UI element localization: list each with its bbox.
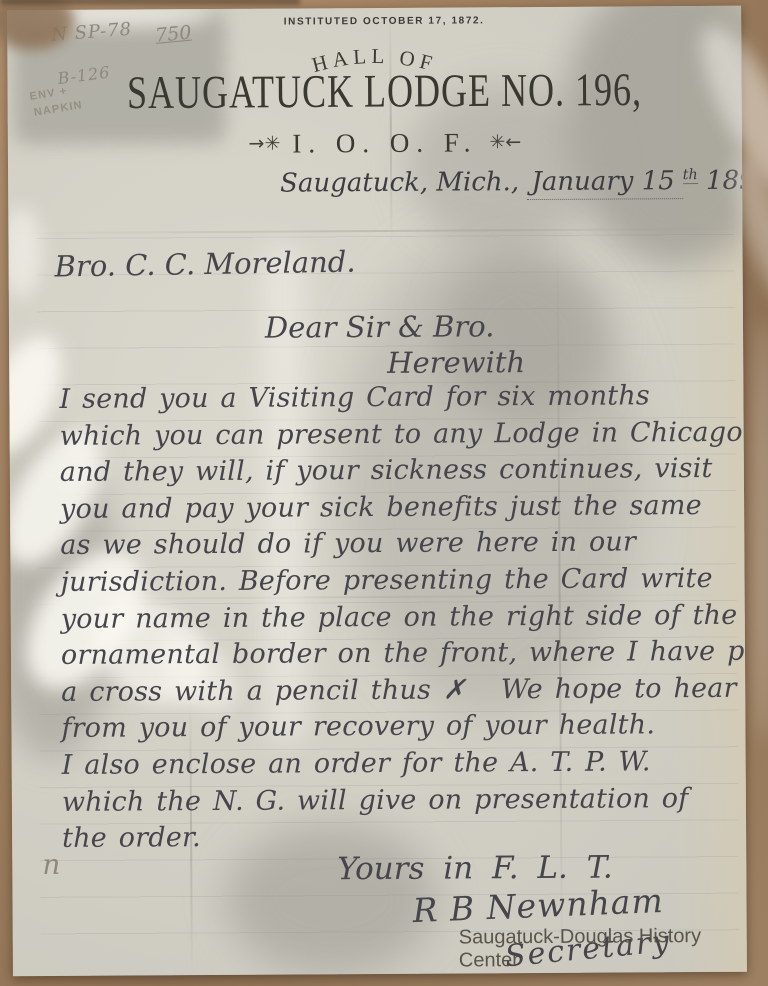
letterhead-order-line: →✳I. O. O. F.✳← bbox=[18, 126, 747, 161]
letter-body-line: a cross with a pencil thus ✗ We hope to … bbox=[61, 672, 747, 713]
letter-body-line: your name in the place on the right side… bbox=[61, 599, 747, 640]
dateline-place: Saugatuck, Mich., bbox=[280, 167, 519, 198]
letter-opening-word: Herewith bbox=[387, 345, 525, 380]
arrow-asterisk-left-ornament-icon: →✳ bbox=[248, 133, 280, 155]
letter-paper: INSTITUTED OCTOBER 17, 1872. HALL OF SAU… bbox=[7, 6, 747, 976]
letter-recipient: Bro. C. C. Moreland. bbox=[54, 245, 355, 284]
dateline-ordinal: th bbox=[683, 167, 698, 184]
letter-body-line: and they will, if your sickness continue… bbox=[60, 453, 747, 494]
pencil-margin-mark: n bbox=[42, 848, 60, 881]
letter-salutation: Dear Sir & Bro. bbox=[265, 309, 495, 344]
dateline-day: January 15 bbox=[527, 166, 683, 200]
letter-body-line: as we should do if you were here in our bbox=[60, 526, 747, 567]
history-center-watermark: Saugatuck-Douglas History Center bbox=[459, 925, 747, 973]
letter-closing: Yours in F. L. T. bbox=[337, 850, 613, 888]
dateline: Saugatuck, Mich., January 15th 1890 bbox=[280, 166, 747, 199]
letter-body-line: from you of your recovery of your health… bbox=[61, 709, 747, 750]
letter-body-line: I also enclose an order for the A. T. P.… bbox=[62, 746, 747, 787]
letterhead-lodge-name: SAUGATUCK LODGE NO. 196, bbox=[17, 61, 747, 120]
order-initials: I. O. O. F. bbox=[292, 127, 477, 158]
letter-body-line: ornamental border on the front, where I … bbox=[61, 636, 747, 677]
letter-body: I send you a Visiting Card for six month… bbox=[59, 380, 747, 860]
table-edge-shadow bbox=[0, 0, 300, 5]
pencil-price: 750 bbox=[154, 22, 192, 47]
letter-body-line: I send you a Visiting Card for six month… bbox=[59, 380, 747, 421]
letter-body-line: jurisdiction. Before presenting the Card… bbox=[60, 563, 746, 604]
photo-of-letter: INSTITUTED OCTOBER 17, 1872. HALL OF SAU… bbox=[0, 0, 768, 986]
arrow-asterisk-right-ornament-icon: ✳← bbox=[489, 131, 521, 153]
letter-body-line: you and pay your sick benefits just the … bbox=[60, 489, 747, 530]
plastic-glare bbox=[754, 320, 768, 740]
letter-body-line: which you can present to any Lodge in Ch… bbox=[60, 416, 747, 457]
letter-body-line: which the N. G. will give on presentatio… bbox=[62, 782, 747, 823]
